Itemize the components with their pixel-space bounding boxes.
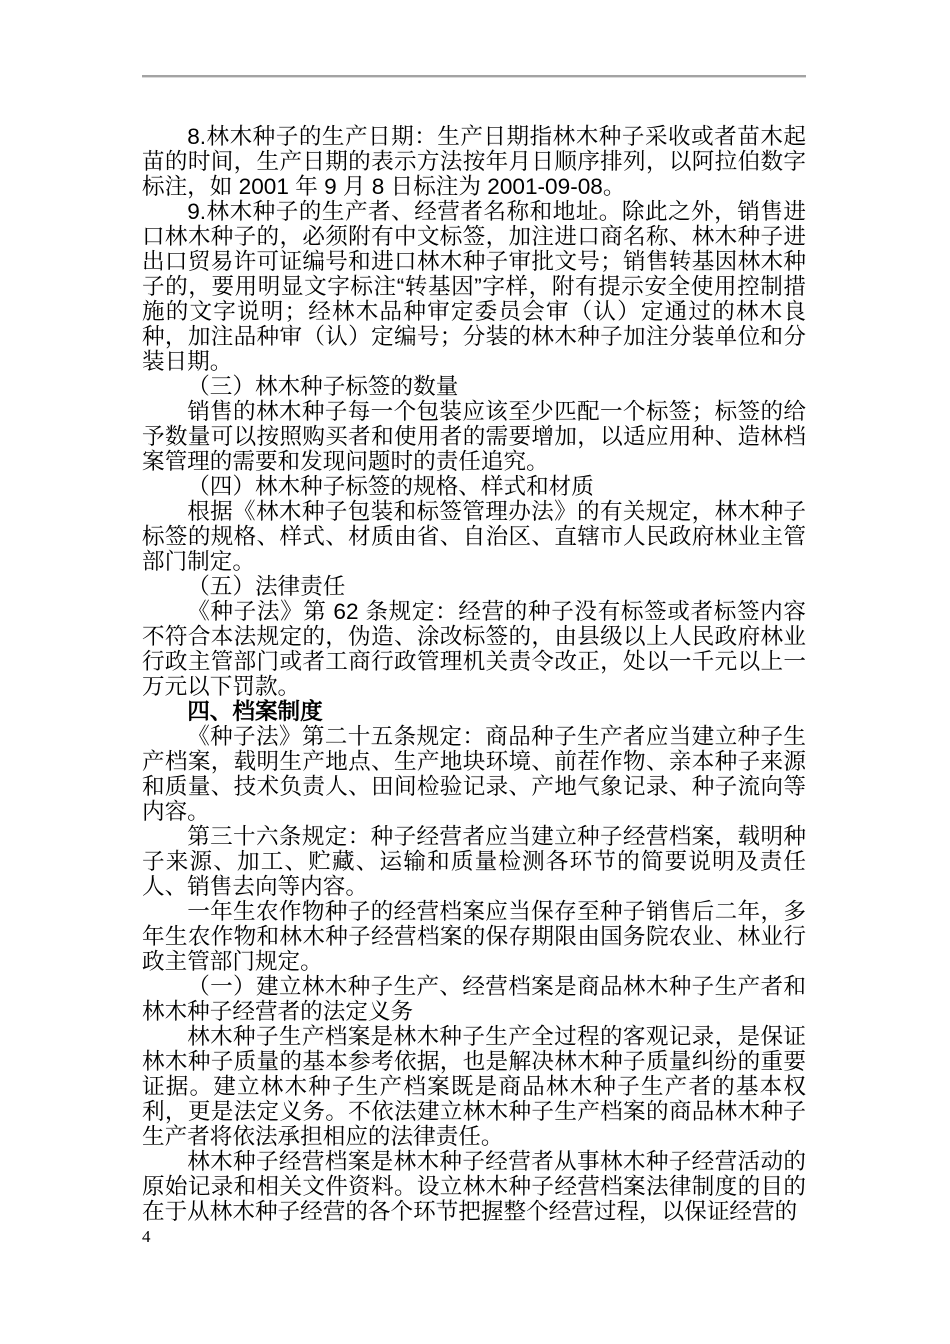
paragraph: 《种子法》第二十五条规定：商品种子生产者应当建立种子生产档案，载明生产地点、生产…: [142, 724, 806, 824]
paragraph: 根据《林木种子包装和标签管理办法》的有关规定，林木种子标签的规格、样式、材质由省…: [142, 499, 806, 574]
subsection-heading-legal-liability: （五）法律责任: [142, 574, 806, 599]
paragraph: 8.林木种子的生产日期：生产日期指林木种子采收或者苗木起苗的时间，生产日期的表示…: [142, 124, 806, 199]
document-body: 8.林木种子的生产日期：生产日期指林木种子采收或者苗木起苗的时间，生产日期的表示…: [142, 124, 806, 1224]
document-page: 8.林木种子的生产日期：生产日期指林木种子采收或者苗木起苗的时间，生产日期的表示…: [0, 0, 950, 1344]
header-rule: [142, 75, 806, 78]
subsection-heading-legal-obligation: （一）建立林木种子生产、经营档案是商品林木种子生产者和林木种子经营者的法定义务: [142, 974, 806, 1024]
paragraph: 9.林木种子的生产者、经营者名称和地址。除此之外，销售进口林木种子的，必须附有中…: [142, 199, 806, 374]
subsection-heading-label-quantity: （三）林木种子标签的数量: [142, 374, 806, 399]
section-heading-archive-system: 四、档案制度: [142, 699, 806, 724]
paragraph: 一年生农作物种子的经营档案应当保存至种子销售后二年，多年生农作物和林木种子经营档…: [142, 899, 806, 974]
subsection-heading-label-spec: （四）林木种子标签的规格、样式和材质: [142, 474, 806, 499]
page-number: 4: [142, 1227, 151, 1247]
paragraph: 销售的林木种子每一个包装应该至少匹配一个标签；标签的给予数量可以按照购买者和使用…: [142, 399, 806, 474]
paragraph: 林木种子生产档案是林木种子生产全过程的客观记录，是保证林木种子质量的基本参考依据…: [142, 1024, 806, 1149]
paragraph: 第三十六条规定：种子经营者应当建立种子经营档案，载明种子来源、加工、贮藏、运输和…: [142, 824, 806, 899]
paragraph: 《种子法》第 62 条规定：经营的种子没有标签或者标签内容不符合本法规定的，伪造…: [142, 599, 806, 699]
paragraph: 林木种子经营档案是林木种子经营者从事林木种子经营活动的原始记录和相关文件资料。设…: [142, 1149, 806, 1224]
